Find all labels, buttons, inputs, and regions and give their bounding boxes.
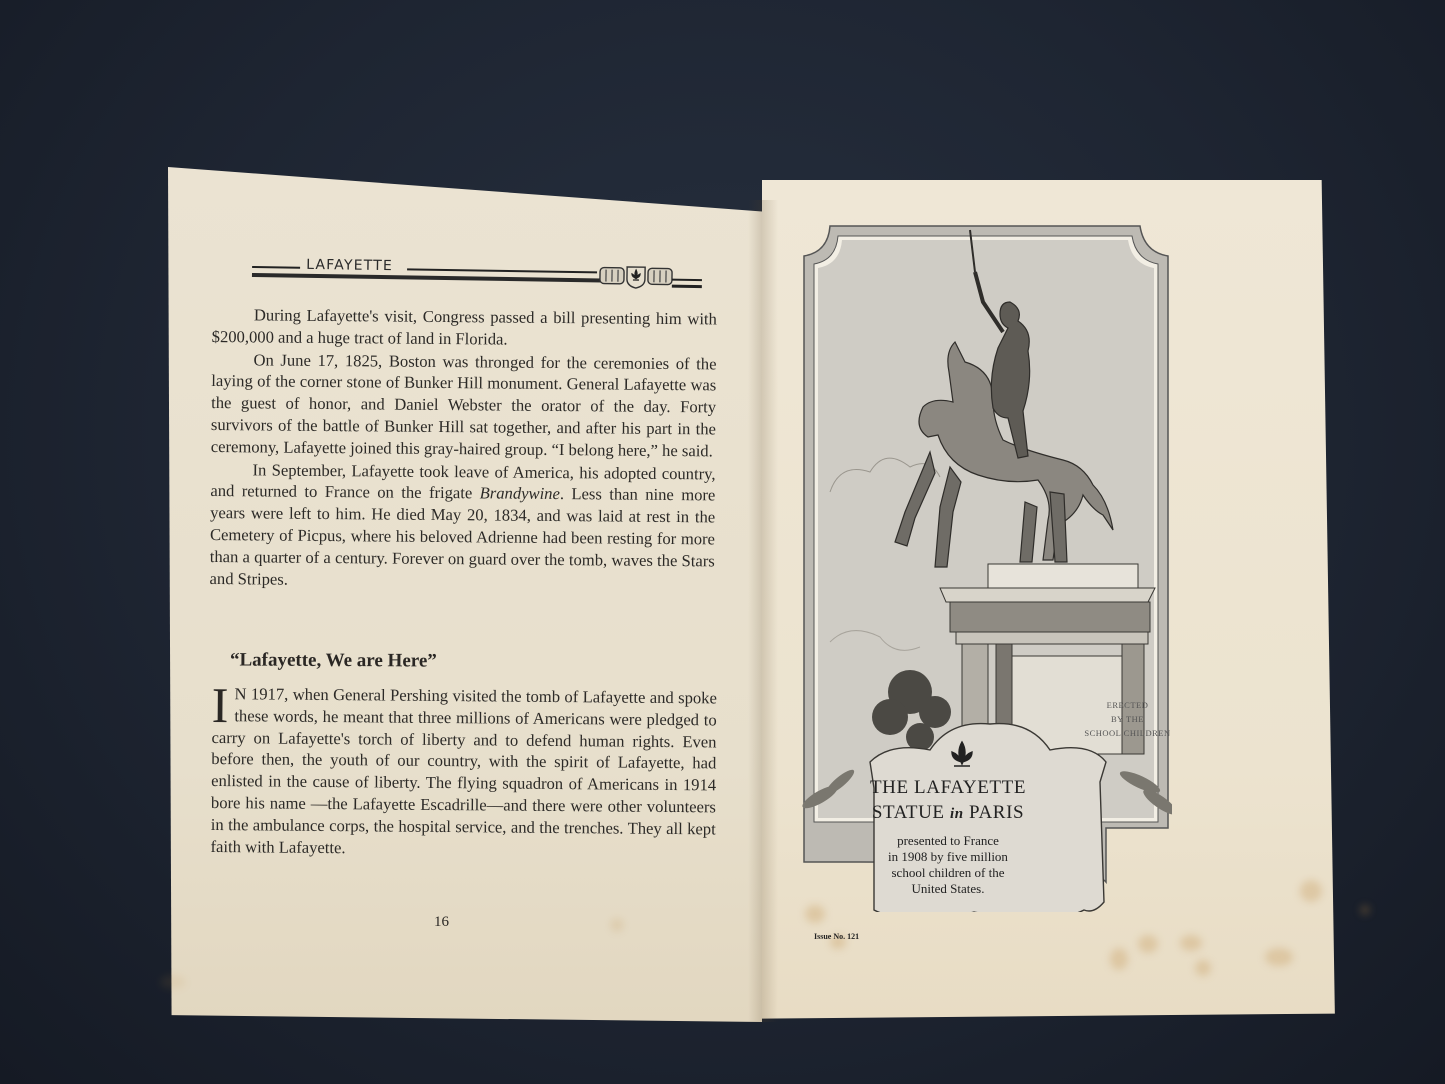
running-header-title: LAFAYETTE (306, 257, 393, 274)
foxing-stain (1138, 935, 1158, 953)
caption-title: THE LAFAYETTE (858, 775, 1038, 800)
caption-title-part: PARIS (964, 802, 1024, 823)
page-number: 16 (434, 914, 449, 931)
foxing-stain (160, 975, 186, 989)
drop-cap: I (212, 685, 229, 725)
header-rule (672, 285, 702, 288)
caption-line: United States. (858, 881, 1038, 897)
inscription-line: ERECTED (1080, 698, 1175, 712)
foxing-stain (1180, 935, 1202, 951)
paragraph: On June 17, 1825, Boston was thronged fo… (211, 349, 717, 462)
foxing-stain (1300, 880, 1322, 902)
caption-subtitle: presented to France in 1908 by five mill… (858, 833, 1038, 897)
caption-title: STATUE in PARIS (858, 800, 1038, 827)
caption-line: presented to France (858, 833, 1038, 849)
header-rule (407, 268, 597, 273)
caption-line: school children of the (858, 865, 1038, 881)
foxing-stain (1110, 948, 1128, 970)
caption-cartouche: THE LAFAYETTE STATUE in PARIS presented … (858, 775, 1038, 897)
inscription-line: BY THE (1080, 712, 1175, 726)
foxing-stain (1195, 960, 1211, 976)
section-body-text: N 1917, when General Pershing visited th… (210, 683, 717, 862)
pedestal-inscription: ERECTED BY THE SCHOOL CHILDREN (1080, 698, 1175, 740)
paragraph: During Lafayette's visit, Congress passe… (212, 304, 717, 352)
inscription-line: SCHOOL CHILDREN (1080, 726, 1175, 740)
caption-line: in 1908 by five million (858, 849, 1038, 865)
left-page (168, 167, 762, 1022)
ship-name: Brandywine (480, 484, 560, 504)
section-heading: “Lafayette, We are Here” (230, 649, 437, 672)
caption-title-italic: in (950, 806, 964, 822)
paragraph: In September, Lafayette took leave of Am… (210, 459, 716, 594)
foxing-stain (1265, 948, 1293, 966)
body-text: During Lafayette's visit, Congress passe… (210, 304, 717, 594)
foxing-stain (1360, 905, 1370, 915)
foxing-stain (610, 918, 624, 932)
section-body: I N 1917, when General Pershing visited … (210, 683, 717, 862)
issue-number: Issue No. 121 (814, 932, 859, 941)
header-rule (252, 266, 300, 269)
fleur-de-lis-scroll-ornament-icon (598, 261, 678, 292)
caption-title-part: STATUE (872, 802, 950, 823)
header-rule-thick (252, 273, 602, 282)
